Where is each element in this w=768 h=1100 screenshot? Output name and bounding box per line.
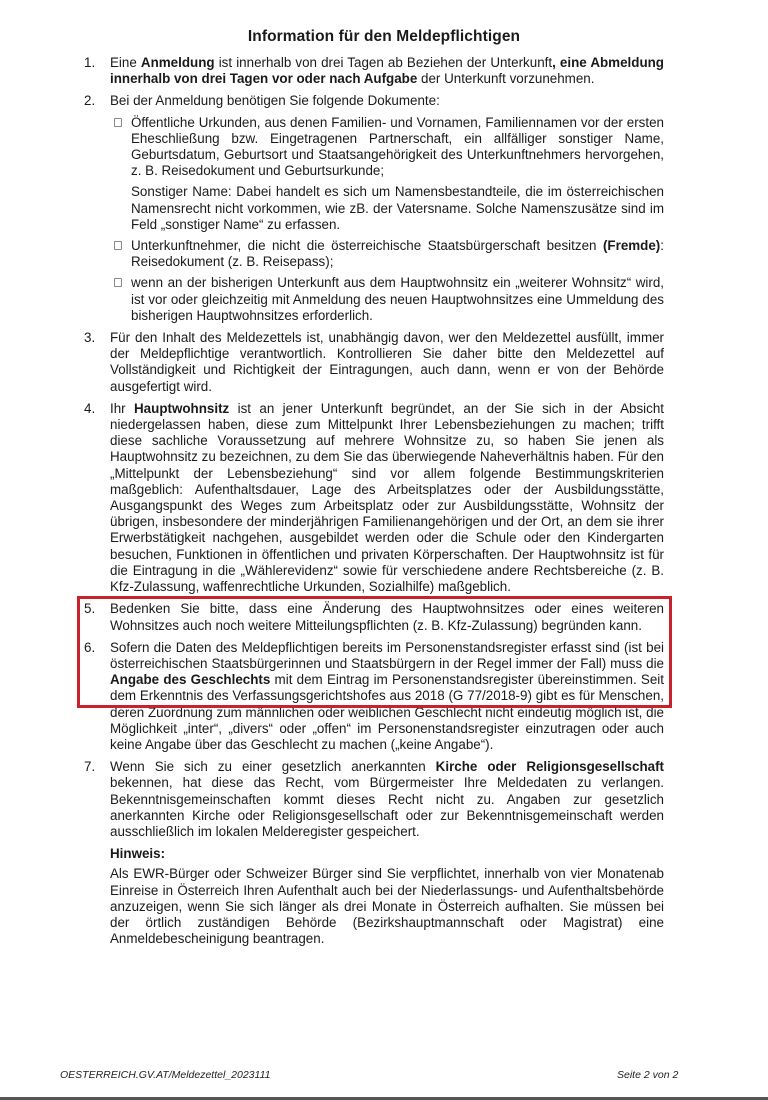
information-list: 1.Eine Anmeldung ist innerhalb von drei … [84,55,664,947]
footer-source: OESTERREICH.GV.AT/Meldezettel_2023111 [60,1069,270,1081]
text-run: Ihr [110,401,134,416]
bold-text: Hauptwohnsitz [134,401,229,416]
text-run: Eine [110,55,141,70]
item-text: Für den Inhalt des Meldezettels ist, una… [110,330,664,395]
text-run: Für den Inhalt des Meldezettels ist, una… [110,330,664,394]
text-run: wenn an der bisherigen Unterkunft aus de… [131,275,664,322]
text-run: ist an jener Unterkunft begründet, an de… [110,401,664,594]
list-item-7: 7.Wenn Sie sich zu einer gesetzlich aner… [84,759,664,840]
sub-item: Unterkunftnehmer, die nicht die österrei… [110,238,664,270]
checkbox-bullet-icon [114,241,122,250]
hinweis-text: Als EWR-Bürger oder Schweizer Bürger sin… [84,866,664,947]
item-text: Wenn Sie sich zu einer gesetzlich anerka… [110,759,664,840]
item-text: Bei der Anmeldung benötigen Sie folgende… [110,93,664,109]
bold-text: Anmeldung [141,55,215,70]
list-item-2: 2.Bei der Anmeldung benötigen Sie folgen… [84,93,664,324]
text-run: ist innerhalb von drei Tagen ab Beziehen… [215,55,553,70]
footer-page-number: Seite 2 von 2 [617,1069,678,1081]
page-title: Information für den Meldepflichtigen [0,28,768,46]
sub-item: wenn an der bisherigen Unterkunft aus de… [110,275,664,324]
text-run: Öffentliche Urkunden, aus denen Familien… [131,115,664,179]
highlight-box-item-6 [77,596,672,708]
text-run: bekennen, hat diese das Recht, vom Bürge… [110,775,664,839]
sub-item-text: wenn an der bisherigen Unterkunft aus de… [131,275,664,324]
item-text: Eine Anmeldung ist innerhalb von drei Ta… [110,55,664,87]
text-run: der Unterkunft vorzunehmen. [417,71,594,86]
bold-text: (Fremde) [603,238,660,253]
item-number: 2. [84,93,95,109]
list-item-1: 1.Eine Anmeldung ist innerhalb von drei … [84,55,664,87]
sub-item-note: Sonstiger Name: Dabei handelt es sich um… [110,184,664,233]
text-run: Wenn Sie sich zu einer gesetzlich anerka… [110,759,436,774]
text-run: Unterkunftnehmer, die nicht die österrei… [131,238,603,253]
item-number: 4. [84,401,95,417]
hinweis-heading: Hinweis: [84,846,664,862]
document-page: Information für den Meldepflichtigen 1.E… [0,0,768,1100]
item-number: 1. [84,55,95,71]
list-item-3: 3.Für den Inhalt des Meldezettels ist, u… [84,330,664,395]
checkbox-bullet-icon [114,278,122,287]
sub-item-text: Öffentliche Urkunden, aus denen Familien… [131,115,664,180]
list-item-4: 4.Ihr Hauptwohnsitz ist an jener Unterku… [84,401,664,595]
sub-item: Öffentliche Urkunden, aus denen Familien… [110,115,664,180]
bold-text: Kirche oder Religionsgesellschaft [436,759,664,774]
item-number: 3. [84,330,95,346]
checkbox-bullet-icon [114,118,122,127]
sub-item-text: Unterkunftnehmer, die nicht die österrei… [131,238,664,270]
item-number: 7. [84,759,95,775]
item-text: Ihr Hauptwohnsitz ist an jener Unterkunf… [110,401,664,595]
